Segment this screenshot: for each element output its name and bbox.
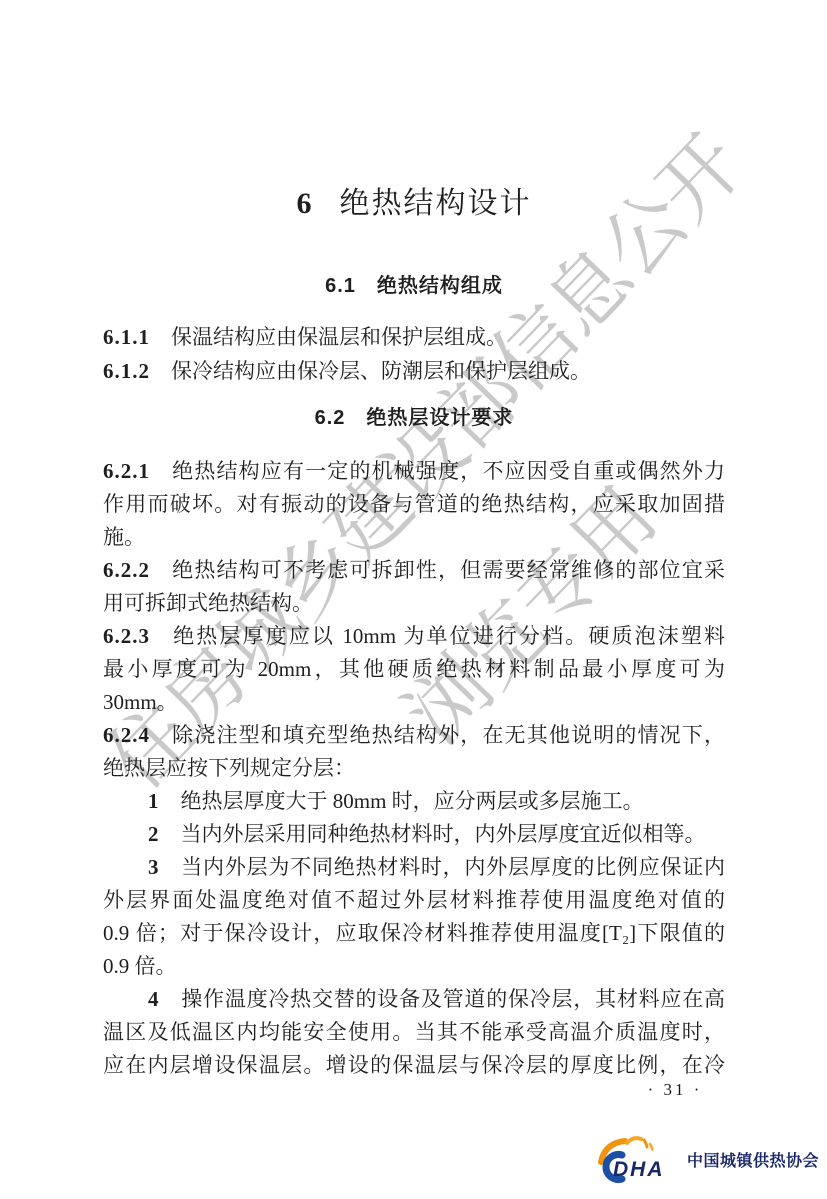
text-line: 0.9 倍。 — [103, 950, 725, 983]
text-line: 6.2.2绝热结构可不考虑可拆卸性，但需要经常维修的部位宜采 — [103, 554, 725, 587]
text-line: 绝热层应按下列规定分层： — [103, 752, 725, 785]
cdha-logo-icon: DHA — [596, 1134, 676, 1184]
text-line: 用可拆卸式绝热结构。 — [103, 587, 725, 620]
clause-number: 6.2.1 — [103, 459, 150, 483]
text-line: 温区及低温区内均能安全使用。当其不能承受高温介质温度时， — [103, 1016, 725, 1049]
clause-text: 绝热层厚度应以 10mm 为单位进行分档。硬质泡沫塑料 — [171, 624, 725, 648]
association-name: 中国城镇供热协会 — [687, 1148, 819, 1171]
text-line: 6.1.1保温结构应由保温层和保护层组成。 — [103, 320, 725, 354]
clause-text: 除浇注型和填充型绝热结构外，在无其他说明的情况下， — [171, 723, 725, 747]
clause-number: 6.1.1 — [103, 325, 150, 349]
text-line: 3当内外层为不同绝热材料时，内外层厚度的比例应保证内 — [103, 851, 725, 884]
association-logo: DHA 中国城镇供热协会 — [596, 1134, 819, 1184]
text-line: 4操作温度冷热交替的设备及管道的保冷层，其材料应在高 — [103, 983, 725, 1016]
text-line: 6.2.1绝热结构应有一定的机械强度，不应因受自重或偶然外力 — [103, 455, 725, 488]
clause-text: 绝热层厚度大于 80mm 时，应分两层或多层施工。 — [181, 789, 644, 813]
text-line: 30mm。 — [103, 686, 725, 719]
text-line: 应在内层增设保温层。增设的保温层与保冷层的厚度比例，在冷 — [103, 1049, 725, 1082]
clause-number: 1 — [148, 789, 160, 813]
clause-number: 6.2.2 — [103, 558, 150, 582]
logo-flame-tick-2 — [650, 1144, 652, 1150]
clause-text: 操作温度冷热交替的设备及管道的保冷层，其材料应在高 — [181, 987, 726, 1011]
clause-list-6-2: 6.2.1绝热结构应有一定的机械强度，不应因受自重或偶然外力作用而破坏。对有振动… — [103, 455, 725, 1082]
document-page: 住房城乡建设部信息公开 浏览专用 6绝热结构设计 6.1 绝热结构组成 6.1.… — [0, 0, 827, 1199]
chapter-number: 6 — [297, 187, 314, 220]
text-line: 0.9 倍；对于保冷设计，应取保冷材料推荐使用温度[T₂]下限值的 — [103, 917, 725, 950]
page-number: · 31 · — [560, 1080, 790, 1100]
section-heading-6-1: 6.1 绝热结构组成 — [103, 273, 725, 300]
clause-text: 保冷结构应由保冷层、防潮层和保护层组成。 — [171, 359, 591, 383]
text-column: 6绝热结构设计 6.1 绝热结构组成 6.1.1保温结构应由保温层和保护层组成。… — [103, 185, 725, 1082]
logo-acronym-text: DHA — [613, 1158, 665, 1181]
text-line: 6.2.3绝热层厚度应以 10mm 为单位进行分档。硬质泡沫塑料 — [103, 620, 725, 653]
clause-text: 当内外层采用同种绝热材料时，内外层厚度宜近似相等。 — [181, 822, 706, 846]
text-line: 2当内外层采用同种绝热材料时，内外层厚度宜近似相等。 — [103, 818, 725, 851]
clause-number: 6.2.3 — [103, 624, 150, 648]
text-line: 作用而破坏。对有振动的设备与管道的绝热结构，应采取加固措 — [103, 488, 725, 521]
text-line: 6.1.2保冷结构应由保冷层、防潮层和保护层组成。 — [103, 354, 725, 388]
clause-list-6-1: 6.1.1保温结构应由保温层和保护层组成。6.1.2保冷结构应由保冷层、防潮层和… — [103, 320, 725, 388]
chapter-title-text: 绝热结构设计 — [340, 187, 532, 220]
text-line: 最小厚度可为 20mm，其他硬质绝热材料制品最小厚度可为 — [103, 653, 725, 686]
logo-flame-tick-1 — [644, 1140, 647, 1147]
chapter-title: 6绝热结构设计 — [103, 185, 725, 223]
clause-number: 4 — [148, 987, 160, 1011]
clause-number: 3 — [148, 855, 160, 879]
clause-number: 6.1.2 — [103, 359, 150, 383]
section-heading-6-2: 6.2 绝热层设计要求 — [103, 405, 725, 432]
text-line: 施。 — [103, 521, 725, 554]
text-line: 1绝热层厚度大于 80mm 时，应分两层或多层施工。 — [103, 785, 725, 818]
clause-text: 保温结构应由保温层和保护层组成。 — [171, 325, 507, 349]
clause-text: 绝热结构可不考虑可拆卸性，但需要经常维修的部位宜采 — [171, 558, 725, 582]
logo-flame-arc-small — [627, 1138, 641, 1143]
clause-text: 绝热结构应有一定的机械强度，不应因受自重或偶然外力 — [171, 459, 725, 483]
clause-number: 2 — [148, 822, 160, 846]
text-line: 外层界面处温度绝对值不超过外层材料推荐使用温度绝对值的 — [103, 884, 725, 917]
clause-text: 当内外层为不同绝热材料时，内外层厚度的比例应保证内 — [181, 855, 726, 879]
clause-number: 6.2.4 — [103, 723, 150, 747]
text-line: 6.2.4除浇注型和填充型绝热结构外，在无其他说明的情况下， — [103, 719, 725, 752]
